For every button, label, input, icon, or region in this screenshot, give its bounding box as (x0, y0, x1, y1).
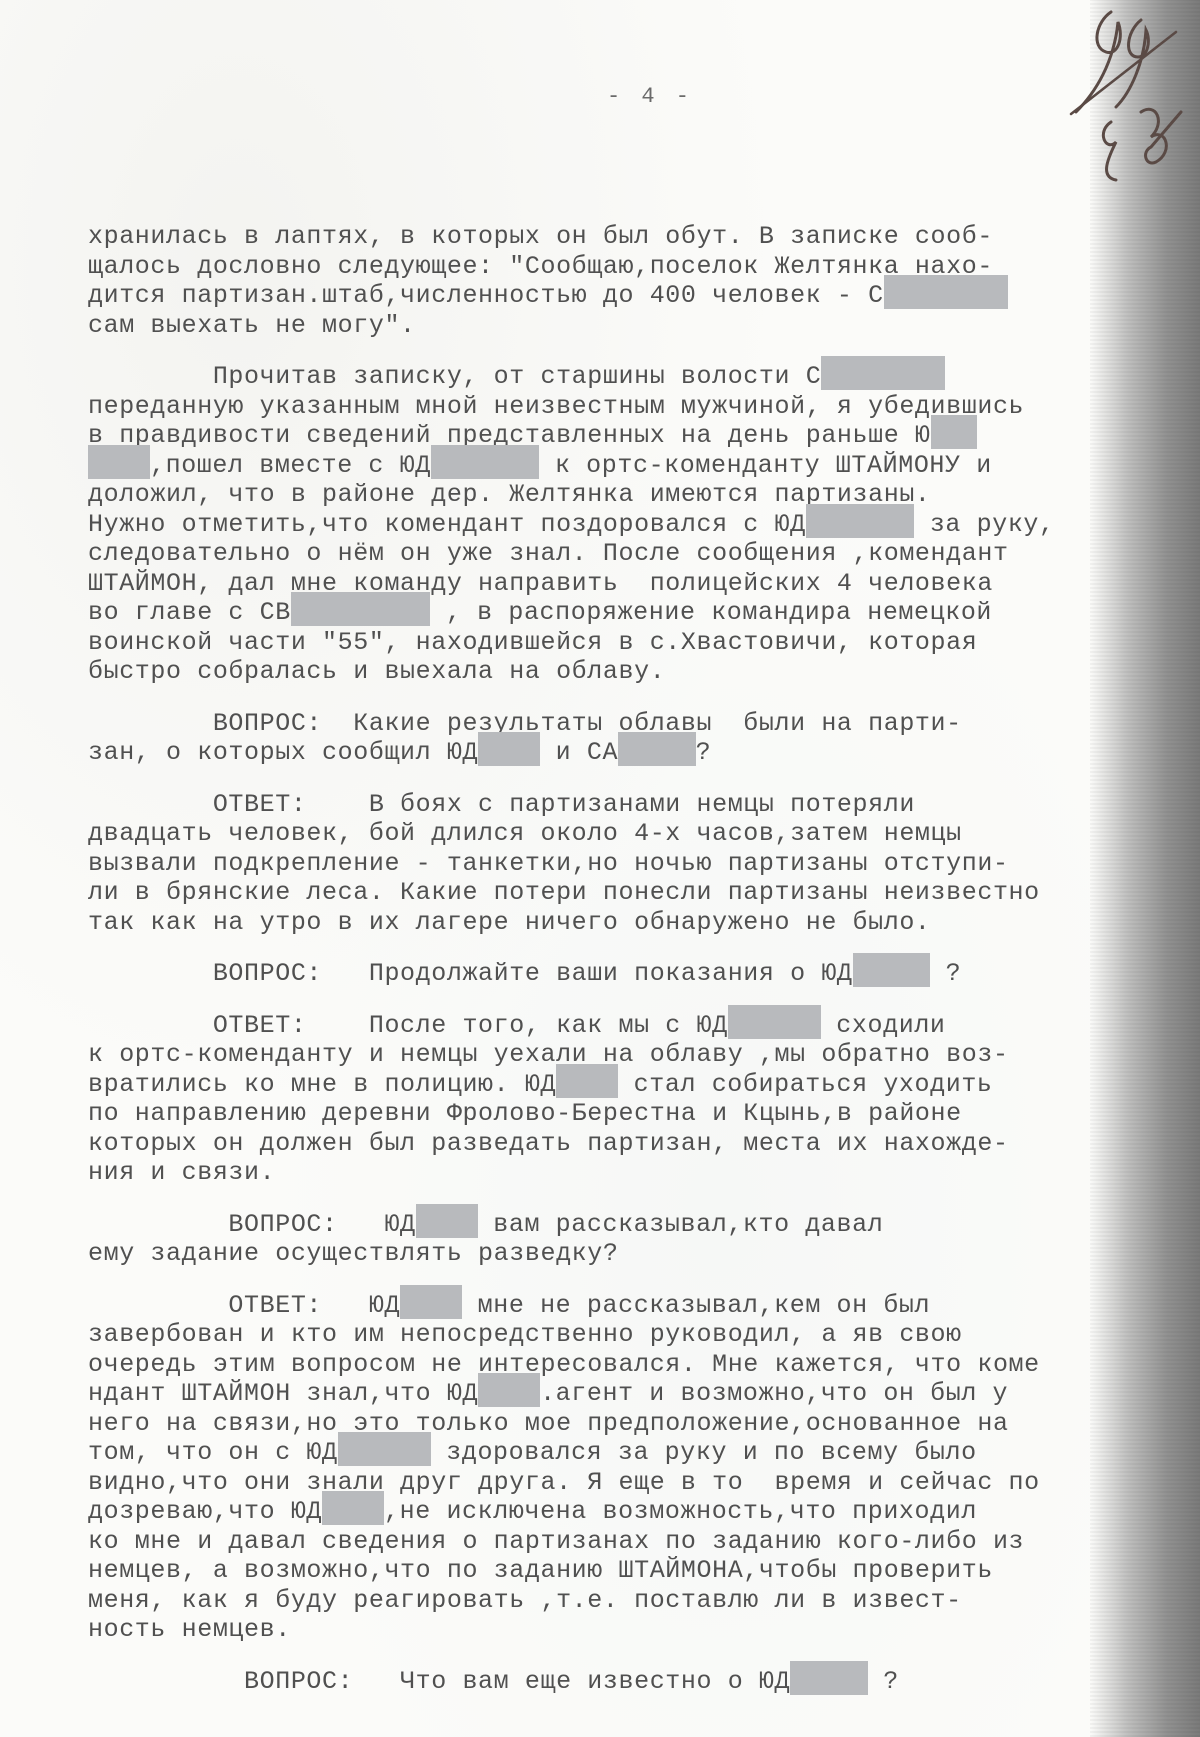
text-segment: том, что он с ЮД (88, 1438, 338, 1467)
text-segment: ВОПРОС: Что вам еще известно о ЮД (88, 1667, 790, 1696)
text-line: завербован и кто им непосредственно руко… (88, 1320, 1168, 1350)
text-segment: .агент и возможно,что он был у (540, 1379, 1008, 1408)
redaction-box (931, 415, 978, 449)
redaction-box (322, 1491, 384, 1525)
text-line: том, что он с ЮД здоровался за руку и по… (88, 1438, 1168, 1468)
text-line: него на связи,но это только мое предполо… (88, 1409, 1168, 1439)
text-segment: следовательно о нём он уже знал. После с… (88, 539, 1009, 568)
text-segment: по направлению деревни Фролово-Берестна … (88, 1099, 962, 1128)
text-segment: немцев, а возможно,что по заданию ШТАЙМО… (88, 1556, 993, 1585)
text-line: ния и связи. (88, 1158, 1168, 1188)
text-segment: очередь этим вопросом не интересовался. … (88, 1350, 1040, 1379)
text-line: по направлению деревни Фролово-Берестна … (88, 1099, 1168, 1129)
text-line: ндант ШТАЙМОН знал,что ЮД.агент и возмож… (88, 1379, 1168, 1409)
text-segment: ,не исключена возможность,что приходил (384, 1497, 977, 1526)
paragraph-question: ВОПРОС: Что вам еще известно о ЮД ? (88, 1667, 1168, 1697)
text-segment: него на связи,но это только мое предполо… (88, 1409, 1009, 1438)
text-segment: вызвали подкрепление - танкетки,но ночью… (88, 849, 1009, 878)
redaction-box (338, 1432, 431, 1466)
document-body: хранилась в лаптях, в которых он был обу… (88, 222, 1168, 1696)
text-segment: ния и связи. (88, 1158, 275, 1187)
text-segment: ? (930, 959, 961, 988)
paragraph-answer: ОТВЕТ: В боях с партизанами немцы потеря… (88, 790, 1168, 938)
text-segment: здоровался за руку и по всему было (431, 1438, 977, 1467)
text-segment: ? (696, 738, 712, 767)
paragraph-question: ВОПРОС: Продолжайте ваши показания о ЮД … (88, 959, 1168, 989)
text-line: ОТВЕТ: ЮД мне не рассказывал,кем он был (88, 1291, 1168, 1321)
page-number: - 4 - (0, 84, 1200, 109)
text-line: которых он должен был разведать партизан… (88, 1129, 1168, 1159)
redaction-box (884, 275, 1008, 309)
text-line: меня, как я буду реагировать ,т.е. поста… (88, 1586, 1168, 1616)
paragraph-gap (88, 1188, 1168, 1210)
text-line: двадцать человек, бой длился около 4-х ч… (88, 819, 1168, 849)
paragraph-gap (88, 687, 1168, 709)
text-segment: сходили (821, 1011, 946, 1040)
text-segment: к ортс-коменданту и немцы уехали на обла… (88, 1040, 1009, 1069)
text-line: воинской части "55", находившейся в с.Хв… (88, 628, 1168, 658)
text-segment: которых он должен был разведать партизан… (88, 1129, 1009, 1158)
paragraph-gap (88, 340, 1168, 362)
redaction-box (291, 592, 431, 626)
text-segment: видно,что они знали друг друга. Я еще в … (88, 1468, 1040, 1497)
text-segment: ,пошел вместе с ЮД (150, 451, 431, 480)
text-segment: хранилась в лаптях, в которых он был обу… (88, 222, 993, 251)
text-line: во главе с СВ , в распоряжение командира… (88, 598, 1168, 628)
text-segment: Нужно отметить,что комендант поздоровалс… (88, 510, 806, 539)
paragraph-narrative: Прочитав записку, от старшины волости Сп… (88, 362, 1168, 687)
text-segment: завербован и кто им непосредственно руко… (88, 1320, 962, 1349)
text-line: дозреваю,что ЮД,не исключена возможность… (88, 1497, 1168, 1527)
text-segment: сам выехать не могу". (88, 311, 416, 340)
text-segment: ность немцев. (88, 1615, 291, 1644)
text-line: хранилась в лаптях, в которых он был обу… (88, 222, 1168, 252)
redaction-box (556, 1064, 618, 1098)
text-line: ОТВЕТ: В боях с партизанами немцы потеря… (88, 790, 1168, 820)
text-segment: щалось дословно следующее: "Сообщаю,посе… (88, 252, 993, 281)
text-segment: ВОПРОС: Продолжайте ваши показания о ЮД (88, 959, 853, 988)
text-line: так как на утро в их лагере ничего обнар… (88, 908, 1168, 938)
text-segment: стал собираться уходить (618, 1070, 992, 1099)
text-line: следовательно о нём он уже знал. После с… (88, 539, 1168, 569)
text-line: доложил, что в районе дер. Желтянка имею… (88, 480, 1168, 510)
text-line: Прочитав записку, от старшины волости С (88, 362, 1168, 392)
text-segment: ОТВЕТ: После того, как мы с ЮД (88, 1011, 728, 1040)
text-segment: дозреваю,что ЮД (88, 1497, 322, 1526)
text-line: быстро собралась и выехала на облаву. (88, 657, 1168, 687)
text-segment: и СА (540, 738, 618, 767)
redaction-box (478, 1373, 540, 1407)
text-line: ШТАЙМОН, дал мне команду направить полиц… (88, 569, 1168, 599)
text-line: дится партизан.штаб,численностью до 400 … (88, 281, 1168, 311)
text-line: ли в брянские леса. Какие потери понесли… (88, 878, 1168, 908)
text-segment: воинской части "55", находившейся в с.Хв… (88, 628, 977, 657)
text-segment: вам рассказывал,кто давал (478, 1210, 884, 1239)
redaction-box (478, 732, 540, 766)
text-segment: зан, о которых сообщил ЮД (88, 738, 478, 767)
text-line: к ортс-коменданту и немцы уехали на обла… (88, 1040, 1168, 1070)
text-segment: ОТВЕТ: ЮД (88, 1291, 400, 1320)
text-segment: мне не рассказывал,кем он был (462, 1291, 930, 1320)
document-page: - 4 - хранилась в лаптях, в которых он б… (0, 0, 1200, 1737)
text-segment: ? (868, 1667, 899, 1696)
text-line: ему задание осуществлять разведку? (88, 1239, 1168, 1269)
text-line: переданную указанным мной неизвестным му… (88, 392, 1168, 422)
paragraph-gap (88, 989, 1168, 1011)
text-line: ВОПРОС: ЮД вам рассказывал,кто давал (88, 1210, 1168, 1240)
text-line: ,пошел вместе с ЮД к ортс-коменданту ШТА… (88, 451, 1168, 481)
redaction-box (728, 1005, 821, 1039)
text-segment: ВОПРОС: ЮД (88, 1210, 416, 1239)
text-segment: во главе с СВ (88, 598, 291, 627)
text-line: очередь этим вопросом не интересовался. … (88, 1350, 1168, 1380)
redaction-box (806, 504, 915, 538)
paragraph-answer: ОТВЕТ: После того, как мы с ЮД сходилик … (88, 1011, 1168, 1188)
paragraph-answer: ОТВЕТ: ЮД мне не рассказывал,кем он былз… (88, 1291, 1168, 1645)
text-line: ВОПРОС: Продолжайте ваши показания о ЮД … (88, 959, 1168, 989)
text-segment: так как на утро в их лагере ничего обнар… (88, 908, 931, 937)
text-segment: дится партизан.штаб,численностью до 400 … (88, 281, 884, 310)
redaction-box (853, 953, 931, 987)
text-line: Нужно отметить,что комендант поздоровалс… (88, 510, 1168, 540)
redaction-box (431, 445, 540, 479)
text-line: сам выехать не могу". (88, 311, 1168, 341)
paragraph-gap (88, 937, 1168, 959)
text-segment: переданную указанным мной неизвестным му… (88, 392, 1024, 421)
text-line: ность немцев. (88, 1615, 1168, 1645)
text-segment: быстро собралась и выехала на облаву. (88, 657, 665, 686)
text-line: немцев, а возможно,что по заданию ШТАЙМО… (88, 1556, 1168, 1586)
redaction-box (790, 1661, 868, 1695)
text-segment: к ортс-коменданту ШТАЙМОНУ и (539, 451, 991, 480)
text-line: ко мне и давал сведения о партизанах по … (88, 1527, 1168, 1557)
text-segment: меня, как я буду реагировать ,т.е. поста… (88, 1586, 962, 1615)
text-line: видно,что они знали друг друга. Я еще в … (88, 1468, 1168, 1498)
text-segment: ли в брянские леса. Какие потери понесли… (88, 878, 1040, 907)
text-segment: ему задание осуществлять разведку? (88, 1239, 618, 1268)
paragraph-gap (88, 1269, 1168, 1291)
text-segment: вратились ко мне в полицию. ЮД (88, 1070, 556, 1099)
text-segment: ОТВЕТ: В боях с партизанами немцы потеря… (88, 790, 915, 819)
text-segment: ко мне и давал сведения о партизанах по … (88, 1527, 1024, 1556)
redaction-box (400, 1285, 462, 1319)
paragraph-gap (88, 768, 1168, 790)
redaction-box (618, 732, 696, 766)
text-line: ОТВЕТ: После того, как мы с ЮД сходили (88, 1011, 1168, 1041)
text-line: вызвали подкрепление - танкетки,но ночью… (88, 849, 1168, 879)
redaction-box (821, 356, 945, 390)
text-segment: ШТАЙМОН, дал мне команду направить полиц… (88, 569, 993, 598)
text-line: вратились ко мне в полицию. ЮД стал соби… (88, 1070, 1168, 1100)
paragraph-question: ВОПРОС: ЮД вам рассказывал,кто давалему … (88, 1210, 1168, 1269)
text-line: ВОПРОС: Что вам еще известно о ЮД ? (88, 1667, 1168, 1697)
paragraph-gap (88, 1645, 1168, 1667)
redaction-box (416, 1204, 478, 1238)
redaction-box (88, 445, 150, 479)
text-line: зан, о которых сообщил ЮД и СА? (88, 738, 1168, 768)
text-line: в правдивости сведений представленных на… (88, 421, 1168, 451)
paragraph-question: ВОПРОС: Какие результаты облавы были на … (88, 709, 1168, 768)
text-segment: двадцать человек, бой длился около 4-х ч… (88, 819, 962, 848)
text-segment: за руку, (914, 510, 1054, 539)
text-segment: ндант ШТАЙМОН знал,что ЮД (88, 1379, 478, 1408)
text-segment: Прочитав записку, от старшины волости С (88, 362, 821, 391)
paragraph-continuation: хранилась в лаптях, в которых он был обу… (88, 222, 1168, 340)
text-segment: , в распоряжение командира немецкой (430, 598, 992, 627)
text-segment: доложил, что в районе дер. Желтянка имею… (88, 480, 931, 509)
